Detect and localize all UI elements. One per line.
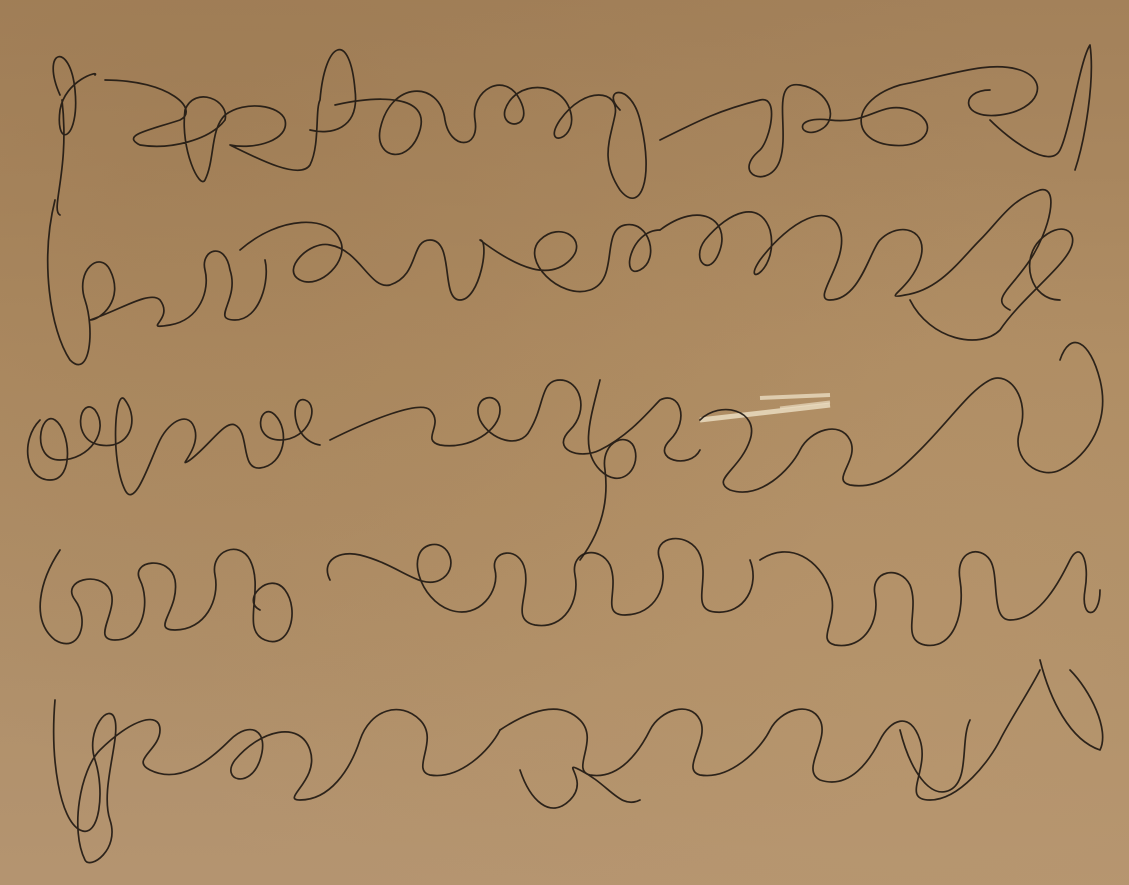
ink-row-2: [48, 190, 1073, 365]
artwork-canvas: [0, 0, 1129, 885]
ink-scribbles: [0, 0, 1129, 885]
ink-row-4: [40, 539, 1100, 646]
ink-row-3: [28, 343, 1103, 560]
paper-scratch: [700, 395, 830, 420]
ink-row-5: [54, 660, 1103, 863]
ink-row-1: [53, 45, 1091, 215]
